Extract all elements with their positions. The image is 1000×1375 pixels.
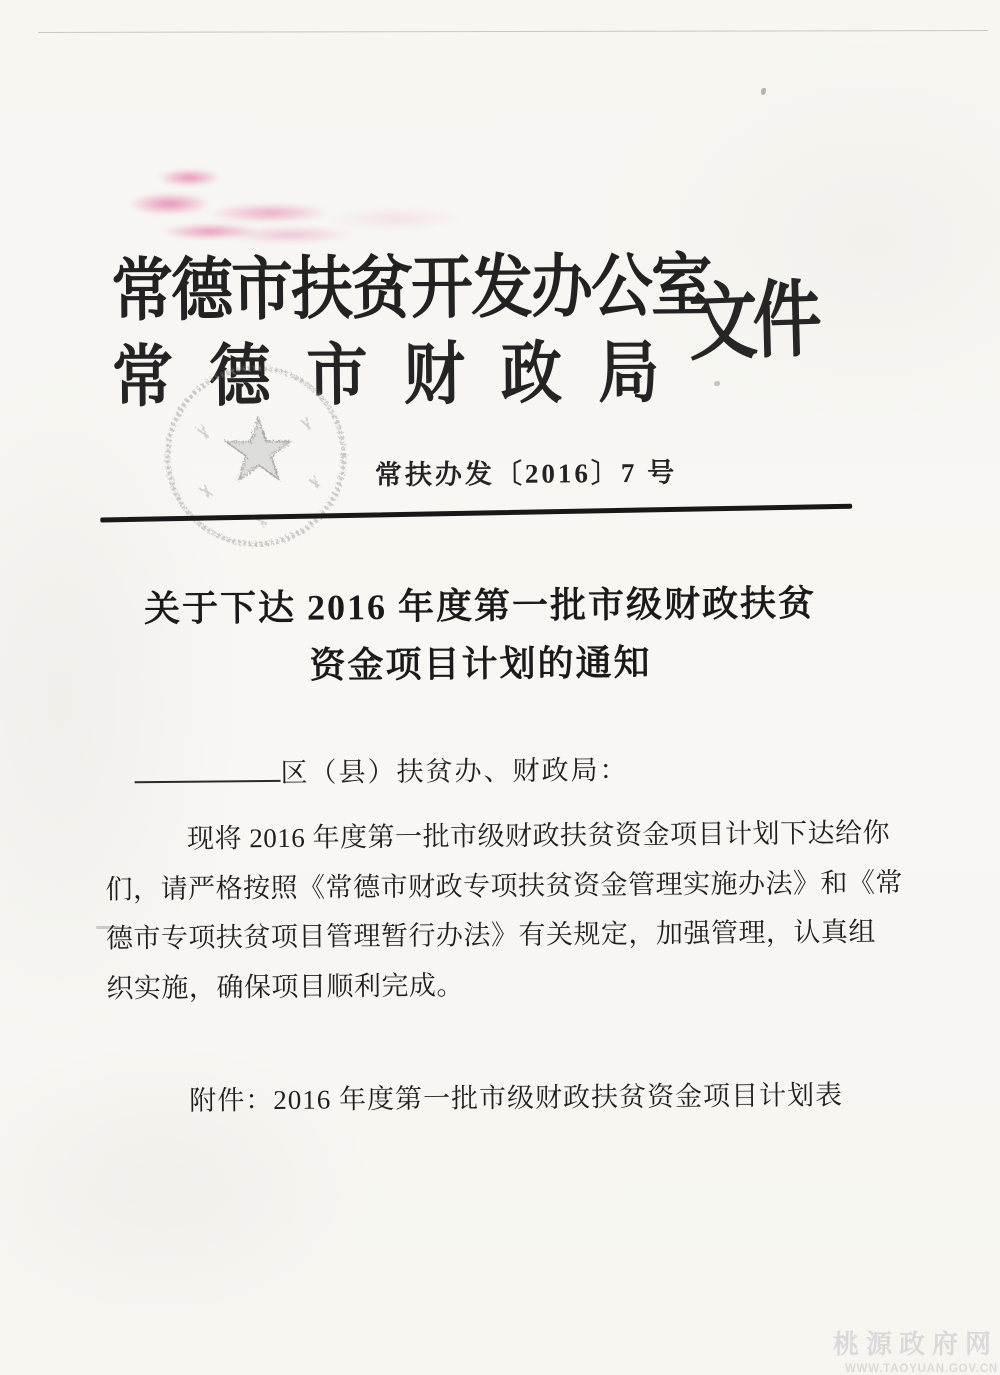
- body-paragraph: 现将 2016 年度第一批市级财政扶贫资金项目计划下达给你 们，请严格按照《常德…: [105, 812, 907, 1017]
- star-icon: [226, 418, 291, 480]
- document-title: 关于下达 2016 年度第一批市级财政扶贫 资金项目计划的通知: [0, 573, 961, 697]
- paragraph-line: 德市专项扶贫项目管理暂行办法》有关规定，加强管理，认真组: [106, 911, 906, 967]
- document-title-line-2: 资金项目计划的通知: [309, 643, 651, 686]
- paragraph-line: 现将 2016 年度第一批市级财政扶贫资金项目计划下达给你: [105, 812, 905, 868]
- watermark-site-url: WWW.TAOYUAN.GOV.CN: [833, 1363, 998, 1375]
- paragraph-line: 织实施，确保项目顺利完成。: [106, 961, 906, 1017]
- document-title-line-1: 关于下达 2016 年度第一批市级财政扶贫: [144, 583, 816, 629]
- official-seal-stamp: [158, 359, 354, 555]
- attachment-line: 附件：2016 年度第一批市级财政扶贫资金项目计划表: [189, 1073, 843, 1118]
- doc-number: 常扶办发〔2016〕7 号: [375, 450, 678, 492]
- site-watermark: 桃源政府网 WWW.TAOYUAN.GOV.CN: [833, 1324, 998, 1375]
- doc-type-label: 文件: [687, 252, 818, 377]
- salutation-blank-underline: [134, 756, 280, 783]
- scanned-document-page: 常德市扶贫开发办公室 常德市财政局 文件: [0, 0, 1000, 1375]
- salutation-text: 区（县）扶贫办、财政局：: [280, 755, 628, 788]
- watermark-site-name: 桃源政府网: [833, 1324, 998, 1361]
- paragraph-line: 们，请严格按照《常德市财政专项扶贫资金管理实施办法》和《常: [105, 862, 905, 918]
- document-scan-content: 常德市扶贫开发办公室 常德市财政局 文件: [0, 0, 1000, 1375]
- salutation-line: 区（县）扶贫办、财政局：: [134, 748, 628, 791]
